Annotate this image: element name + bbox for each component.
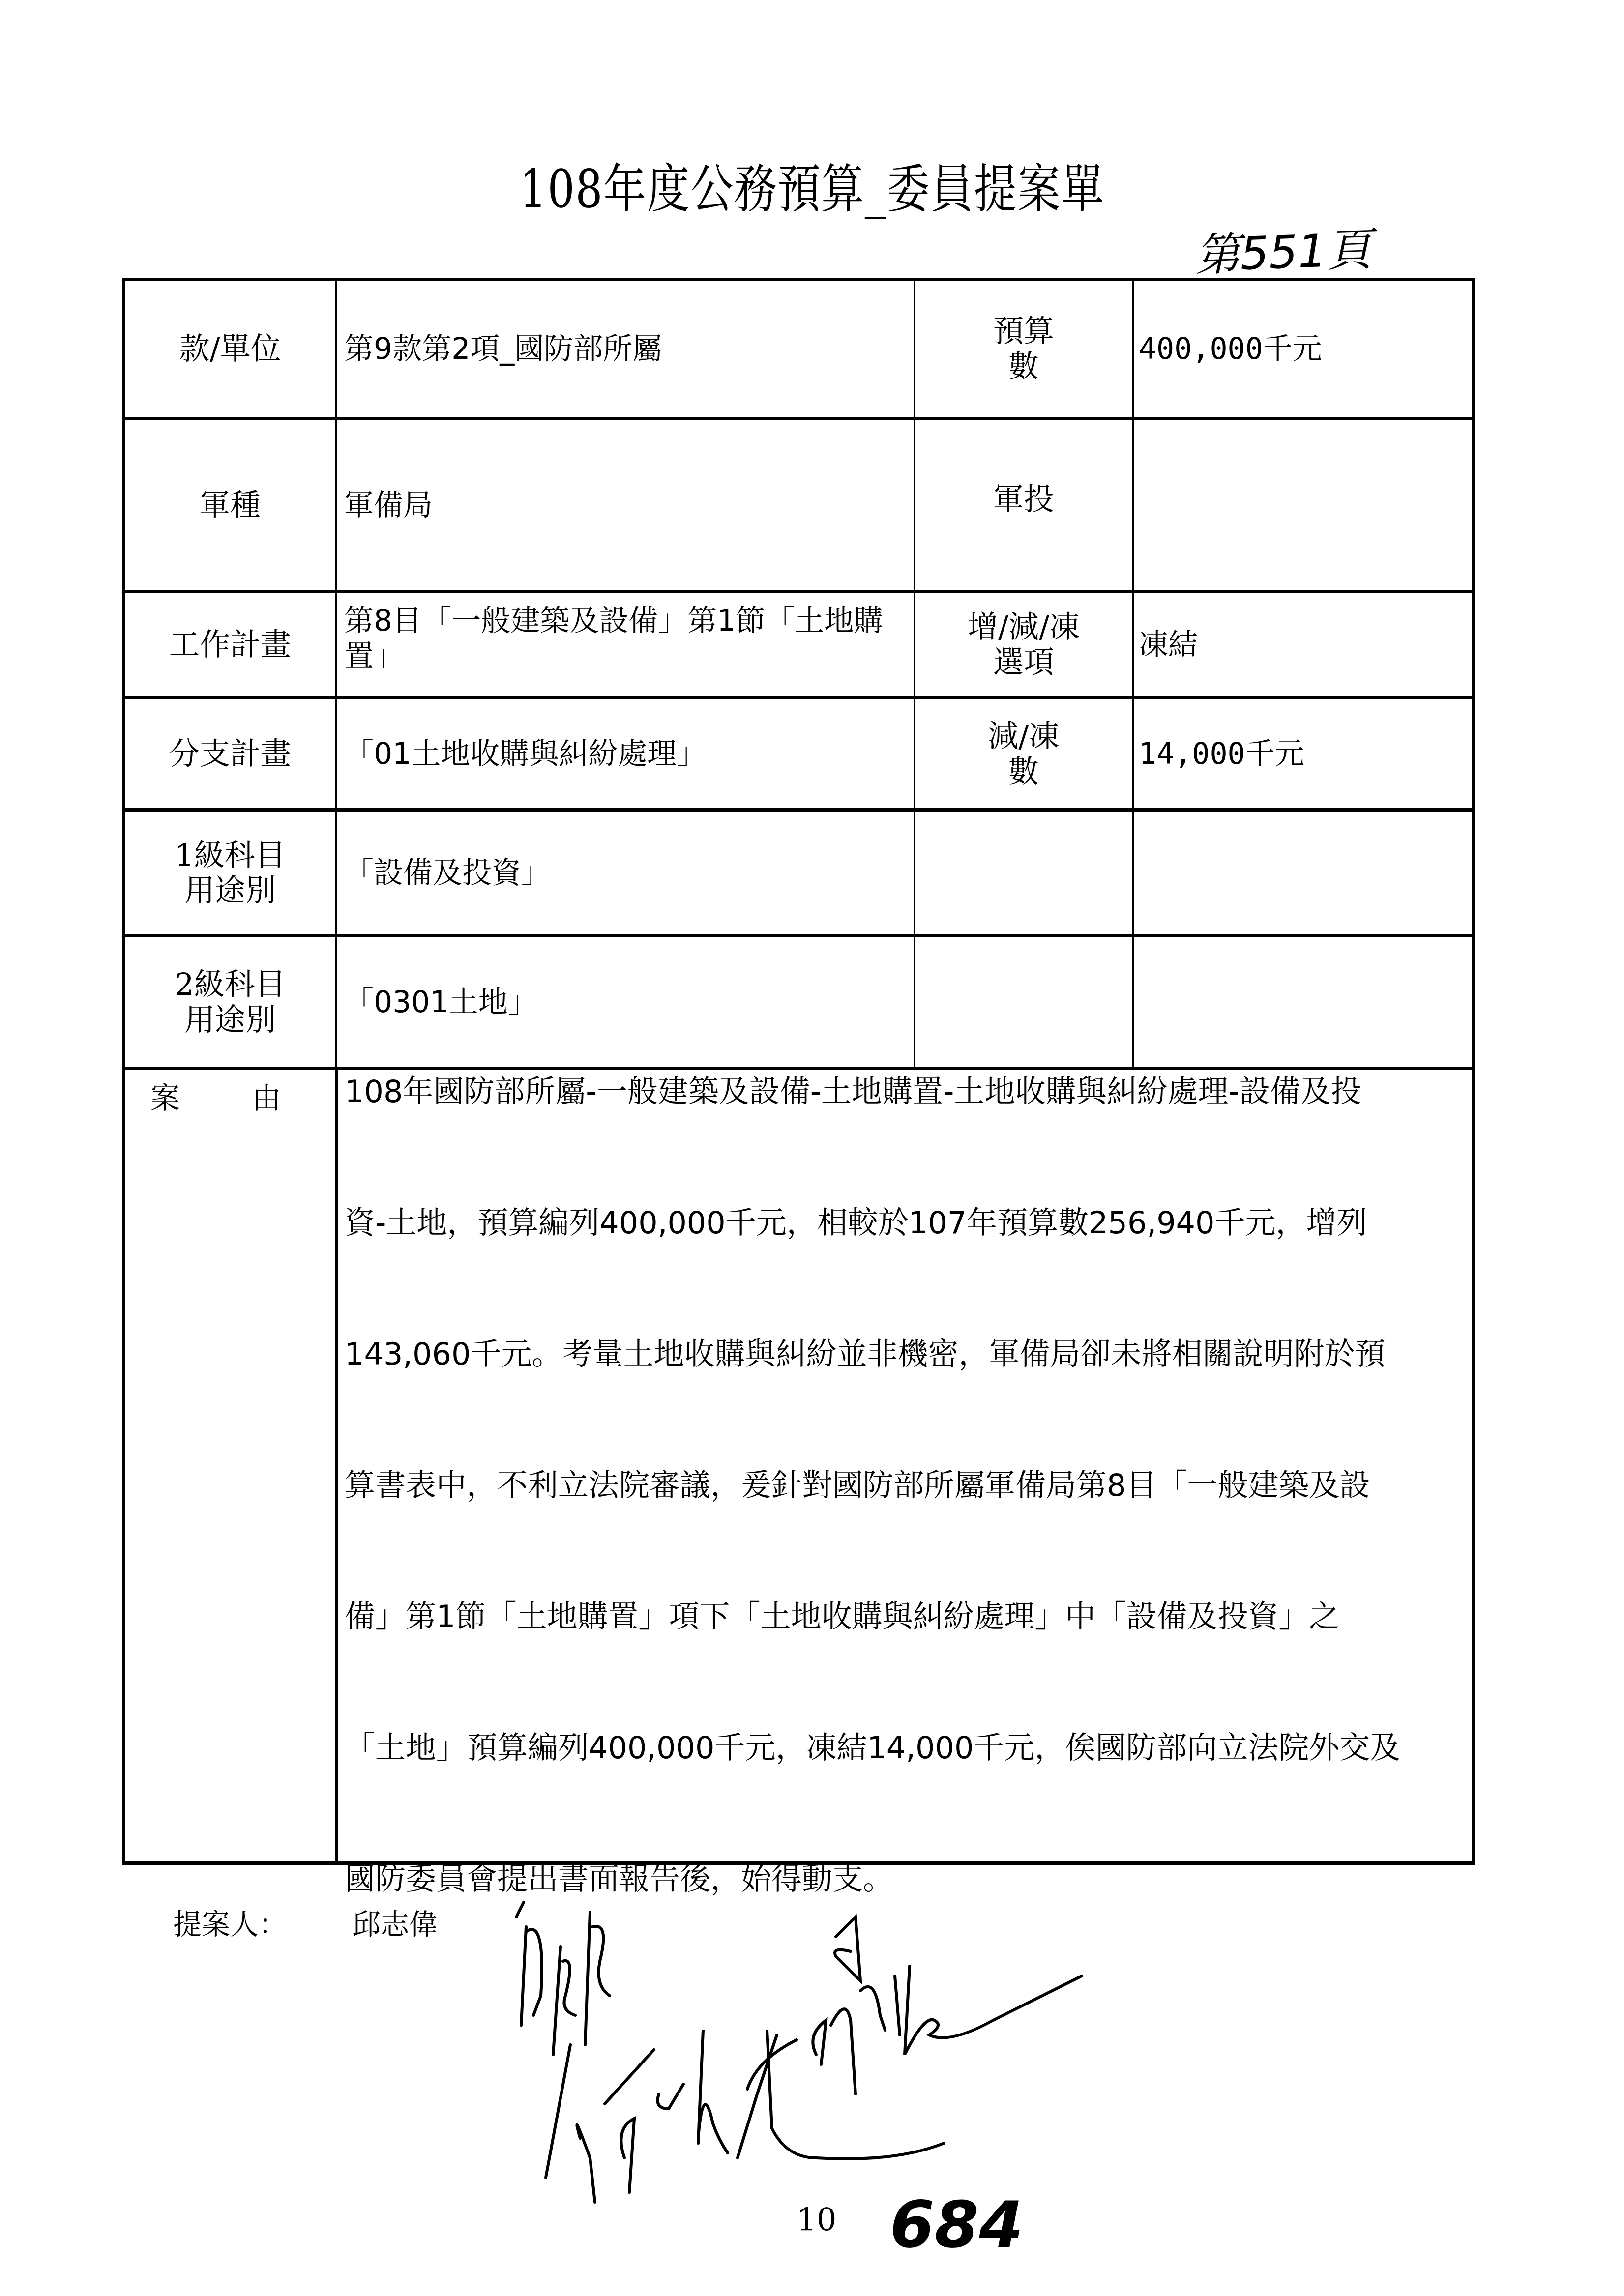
row-value-cell: 「0301土地」 <box>335 937 914 1067</box>
row-label-cell: 軍種 <box>122 420 335 590</box>
table-row: 2級科目 用途別 「0301土地」 <box>122 934 1475 1067</box>
right-label: 軍投 <box>993 482 1054 517</box>
right-value: 14,000千元 <box>1139 736 1304 772</box>
right-value-cell <box>1132 812 1475 934</box>
handwritten-number: 684 <box>890 2187 1023 2262</box>
right-value-cell <box>1132 937 1475 1067</box>
reason-label-right: 由 <box>252 1075 281 1117</box>
page-number: 10 <box>797 2202 836 2238</box>
row-value: 「0301土地」 <box>344 985 537 1020</box>
right-label-cell <box>914 937 1132 1067</box>
right-label: 增/減/凍 選項 <box>968 610 1080 680</box>
reason-line: 備」第1節「土地購置」項下「土地收購與糾紛處理」中「設備及投資」之 <box>345 1599 1467 1730</box>
table-row: 1級科目 用途別 「設備及投資」 <box>122 808 1475 934</box>
reason-line: 108年國防部所屬-一般建築及設備-土地購置-土地收購與糾紛處理-設備及投 <box>345 1074 1467 1205</box>
reason-line: 資-土地，預算編列400,000千元，相較於107年預算數256,940千元，增… <box>345 1205 1467 1337</box>
right-value: 凍結 <box>1139 627 1198 663</box>
right-label: 減/凍 數 <box>988 719 1060 789</box>
row-value-cell: 「設備及投資」 <box>335 812 914 934</box>
table-row: 工作計畫 第8目「一般建築及設備」第1節「土地購置」 增/減/凍 選項 凍結 <box>122 590 1475 696</box>
right-value: 400,000千元 <box>1139 331 1322 367</box>
reason-label-cell: 案 由 <box>122 1070 335 1861</box>
row-label: 工作計畫 <box>169 627 291 663</box>
proposer-label: 提案人： <box>173 1901 287 1943</box>
row-label: 1級科目 用途別 <box>175 838 285 908</box>
table-row: 款/單位 第9款第2項_國防部所屬 預算 數 400,000千元 <box>122 278 1475 417</box>
row-label-cell: 工作計畫 <box>122 593 335 696</box>
reason-line: 143,060千元。考量土地收購與糾紛並非機密，軍備局卻未將相關說明附於預 <box>345 1337 1467 1468</box>
row-label-cell: 2級科目 用途別 <box>122 937 335 1067</box>
row-label-cell: 款/單位 <box>122 281 335 417</box>
row-value: 第8目「一般建築及設備」第1節「土地購置」 <box>344 603 905 674</box>
right-label-cell: 軍投 <box>914 420 1132 590</box>
row-label: 2級科目 用途別 <box>175 967 285 1038</box>
row-label-cell: 1級科目 用途別 <box>122 812 335 934</box>
reason-label-left: 案 <box>150 1075 180 1117</box>
row-value: 第9款第2項_國防部所屬 <box>344 331 662 367</box>
document-title: 108年度公務預算_委員提案單 <box>146 147 1477 222</box>
reason-line: 「土地」預算編列400,000千元，凍結14,000千元，俟國防部向立法院外交及 <box>345 1730 1467 1861</box>
row-value: 軍備局 <box>344 488 433 523</box>
signature-3 <box>541 2030 1219 2237</box>
right-label-cell: 增/減/凍 選項 <box>914 593 1132 696</box>
row-value-cell: 第8目「一般建築及設備」第1節「土地購置」 <box>335 593 914 696</box>
row-label: 分支計畫 <box>169 736 291 772</box>
reason-text: 108年國防部所屬-一般建築及設備-土地購置-土地收購與糾紛處理-設備及投 資-… <box>335 1070 1475 1861</box>
row-label-cell: 分支計畫 <box>122 699 335 808</box>
right-value-cell: 400,000千元 <box>1132 281 1475 417</box>
right-label: 預算 數 <box>993 314 1054 384</box>
right-label-cell: 預算 數 <box>914 281 1132 417</box>
row-value-cell: 「01土地收購與糾紛處理」 <box>335 699 914 808</box>
right-value-cell: 14,000千元 <box>1132 699 1475 808</box>
row-value-cell: 軍備局 <box>335 420 914 590</box>
reason-row: 案 由 108年國防部所屬-一般建築及設備-土地購置-土地收購與糾紛處理-設備及… <box>122 1067 1475 1865</box>
handwritten-page-reference: 第551頁 <box>1194 213 1373 284</box>
right-label-cell: 減/凍 數 <box>914 699 1132 808</box>
row-label: 款/單位 <box>179 331 281 367</box>
proposer-name: 邱志偉 <box>352 1901 438 1943</box>
right-value-cell: 凍結 <box>1132 593 1475 696</box>
table-row: 分支計畫 「01土地收購與糾紛處理」 減/凍 數 14,000千元 <box>122 696 1475 808</box>
right-value-cell <box>1132 420 1475 590</box>
row-value: 「設備及投資」 <box>344 855 551 891</box>
right-label-cell <box>914 812 1132 934</box>
row-value: 「01土地收購與糾紛處理」 <box>344 736 706 772</box>
table-row: 軍種 軍備局 軍投 <box>122 417 1475 590</box>
row-label: 軍種 <box>200 488 261 523</box>
row-value-cell: 第9款第2項_國防部所屬 <box>335 281 914 417</box>
reason-line: 算書表中，不利立法院審議，爰針對國防部所屬軍備局第8目「一般建築及設 <box>345 1468 1467 1599</box>
